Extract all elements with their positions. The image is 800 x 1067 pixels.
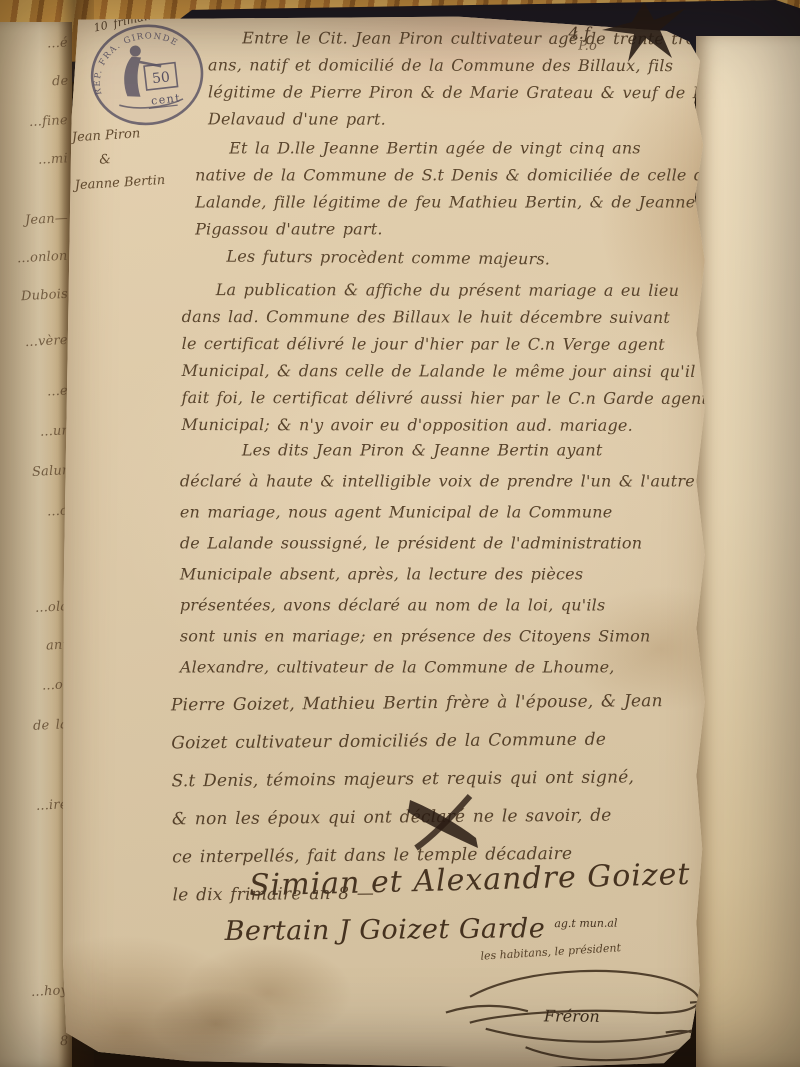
- body-paragraph-3: Les futurs procèdent comme majeurs.: [226, 243, 550, 273]
- signature-flourish: Fréron: [385, 958, 736, 1065]
- text-line: de Lalande soussigné, le président de l'…: [180, 527, 695, 558]
- body-paragraph-4: La publication & affiche du présent mari…: [181, 276, 708, 439]
- signature-names: Bertain J Goizet Garde: [224, 913, 545, 947]
- ink-blot-top: [600, 0, 692, 64]
- signature-witnesses-2: Bertain J Goizet Garde ag.t mun.al: [224, 913, 617, 947]
- stamp-value: 50: [151, 69, 171, 87]
- text-line: native de la Commune de S.t Denis & domi…: [195, 162, 714, 189]
- body-paragraph-5: Les dits Jean Piron & Jeanne Bertin ayan…: [180, 434, 695, 682]
- text-line: en mariage, nous agent Municipal de la C…: [180, 496, 695, 527]
- text-line: dans lad. Commune des Billaux le huit dé…: [182, 303, 709, 331]
- text-line: Lalande, fille légitime de feu Mathieu B…: [195, 189, 714, 216]
- text-line: Les futurs procèdent comme majeurs.: [226, 243, 550, 273]
- text-line: Pigassou d'autre part.: [195, 216, 714, 243]
- body-paragraph-2: Et la D.lle Jeanne Bertin agée de vingt …: [195, 135, 714, 243]
- text-line: Et la D.lle Jeanne Bertin agée de vingt …: [195, 135, 714, 162]
- text-line: légitime de Pierre Piron & de Marie Grat…: [208, 78, 759, 106]
- text-line: présentées, avons déclaré au nom de la l…: [180, 589, 695, 620]
- revenue-stamp: REP. FRA. GIRONDE 50 cent: [82, 16, 211, 135]
- text-line: Les dits Jean Piron & Jeanne Bertin ayan…: [180, 434, 695, 465]
- text-line: déclaré à haute & intelligible voix de p…: [180, 465, 695, 496]
- text-line: Municipale absent, après, la lecture des…: [180, 558, 695, 589]
- ink-blot-middle: [406, 794, 482, 852]
- signature-paraph-name: Fréron: [543, 1006, 600, 1025]
- text-line: Goizet cultivateur domiciliés de la Comm…: [171, 720, 663, 762]
- text-line: Municipal, & dans celle de Lalande le mê…: [182, 357, 709, 385]
- next-blank-page: [696, 36, 800, 1067]
- text-line: Delavaud d'une part.: [208, 105, 759, 133]
- text-line: sont unis en mariage; en présence des Ci…: [180, 620, 695, 651]
- main-page: 10 frimaire an 8.e REP. FRA. GIRONDE 50 …: [59, 13, 718, 1067]
- text-line: Pierre Goizet, Mathieu Bertin frère à l'…: [171, 682, 663, 724]
- margin-note: Jean Piron & Jeanne Bertin: [71, 121, 166, 198]
- text-line: fait foi, le certificat délivré aussi hi…: [182, 384, 709, 412]
- text-line: La publication & affiche du présent mari…: [182, 276, 709, 304]
- photographed-register-page: ...é de ...fine ...mi Jean— ...onlon Dub…: [0, 0, 800, 1067]
- text-line: le certificat délivré le jour d'hier par…: [182, 330, 709, 358]
- text-line: Alexandre, cultivateur de la Commune de …: [180, 651, 695, 682]
- margin-bride-name: Jeanne Bertin: [74, 169, 166, 198]
- signature-title: ag.t mun.al: [554, 917, 617, 931]
